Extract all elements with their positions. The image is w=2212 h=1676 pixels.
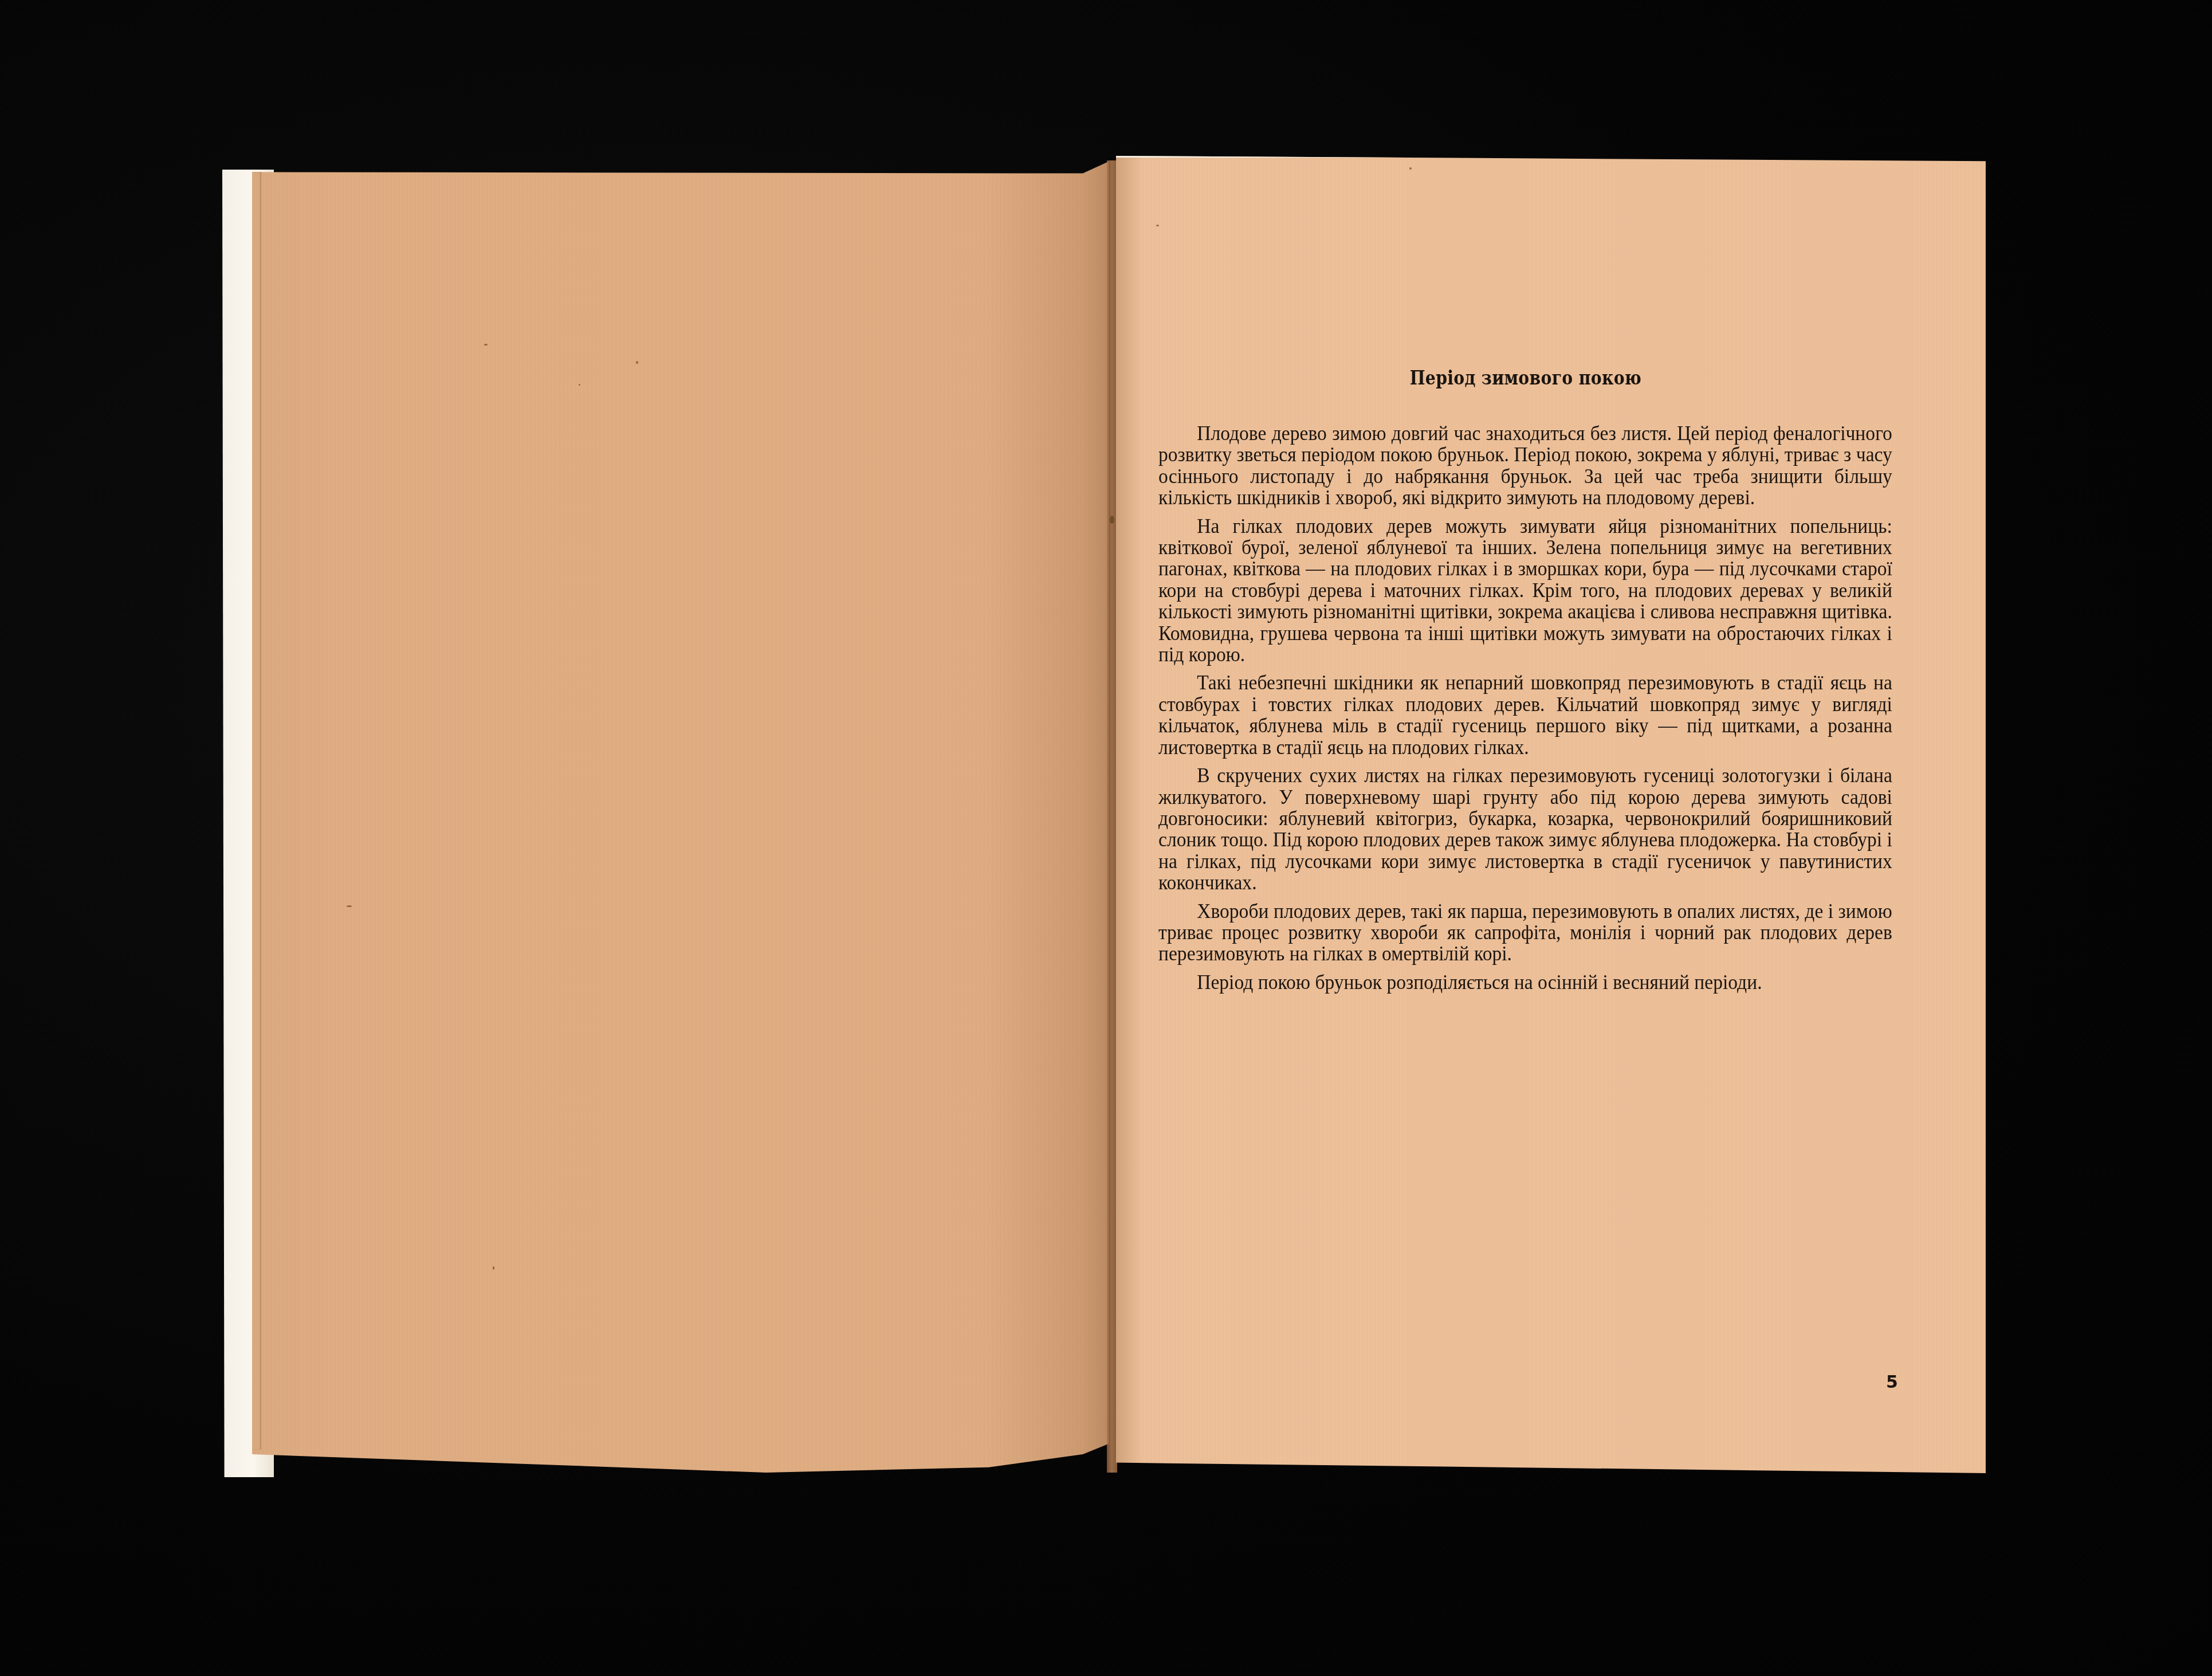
paper-fleck xyxy=(484,344,488,346)
booklet-spine-gutter xyxy=(1107,160,1117,1473)
right-page-text: Період зимового покою Плодове дерево зим… xyxy=(1158,367,1893,999)
paper-fleck xyxy=(579,384,580,386)
page-number: 5 xyxy=(1886,1372,1898,1392)
paper-fleck xyxy=(347,905,352,907)
paragraph: Період покою бруньок розподіляється на о… xyxy=(1158,971,1892,992)
paper-fleck xyxy=(1156,225,1159,226)
paper-fleck xyxy=(493,1266,494,1270)
paper-fleck xyxy=(1409,167,1412,170)
paragraph: В скручених сухих листях на гілках перез… xyxy=(1158,764,1892,893)
paper-fleck xyxy=(1110,516,1114,524)
paper-fleck xyxy=(636,361,638,364)
left-page-stacked-edge xyxy=(252,172,261,1450)
section-title: Період зимового покою xyxy=(1210,367,1842,389)
paragraph: Такі небезпечні шкідники як непарний шов… xyxy=(1158,672,1892,757)
paragraph: На гілках плодових дерев можуть зимувати… xyxy=(1158,515,1892,665)
body-text: Плодове дерево зимою довгий час знаходит… xyxy=(1158,422,1893,992)
paragraph: Хвороби плодових дерев, такі як парша, п… xyxy=(1158,900,1892,964)
left-page-blank xyxy=(252,162,1109,1473)
paragraph: Плодове дерево зимою довгий час знаходит… xyxy=(1158,422,1892,508)
